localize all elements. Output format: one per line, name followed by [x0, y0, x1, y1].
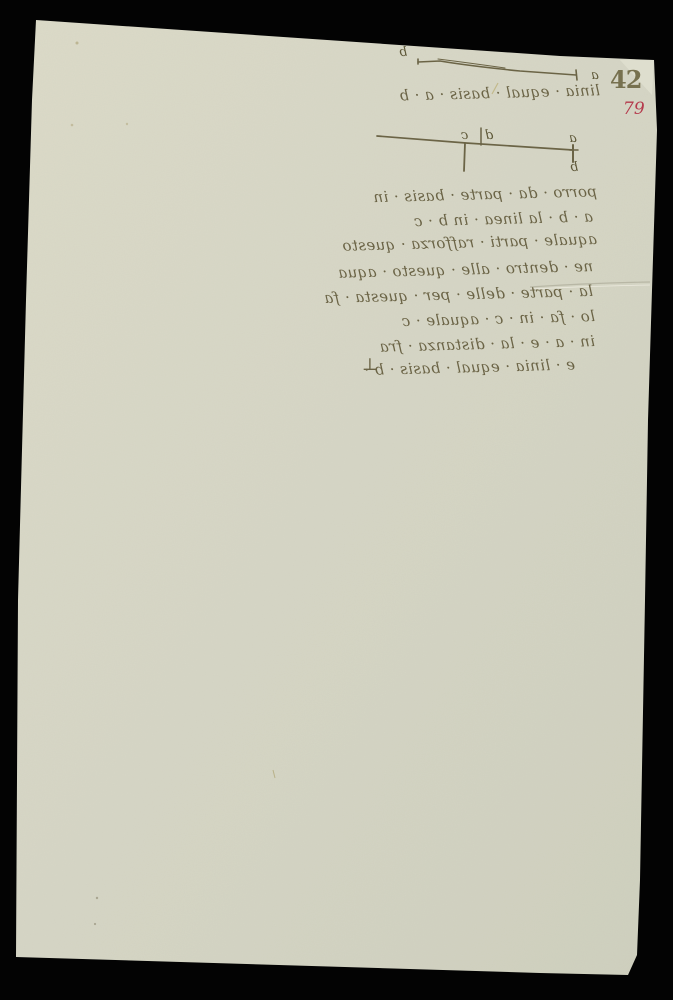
stain	[94, 923, 96, 925]
diagram-label-c: c	[461, 128, 469, 143]
paper	[16, 20, 657, 975]
diagram-label-d: d	[485, 128, 494, 143]
scan-background: b a c d a b 42 79 linia · equal · basis …	[0, 0, 673, 1000]
end-mark: ⊥	[362, 355, 378, 375]
archive-number: 79	[623, 99, 645, 119]
diagram-label-b: b	[570, 160, 579, 175]
diagram-label-b-top: b	[399, 45, 408, 60]
paper-sheet	[0, 0, 673, 1000]
stain	[76, 42, 79, 45]
stain	[96, 897, 98, 899]
diagram-label-a: a	[569, 131, 577, 146]
folio-number: 42	[610, 65, 641, 94]
stain	[126, 123, 128, 125]
stain	[71, 124, 74, 127]
